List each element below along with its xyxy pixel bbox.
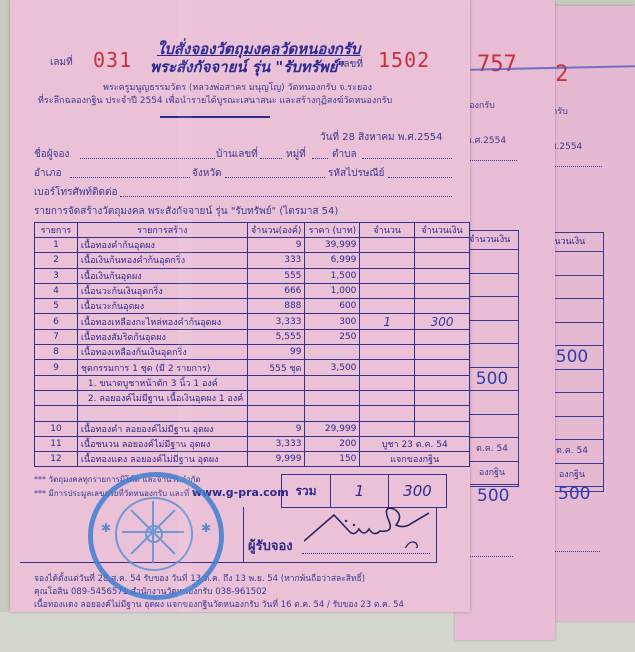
order-qty[interactable] bbox=[360, 406, 415, 421]
divider bbox=[160, 116, 270, 118]
order-sum[interactable] bbox=[415, 253, 470, 268]
col-item-no: รายการ bbox=[35, 223, 78, 238]
order-sum[interactable] bbox=[415, 406, 470, 421]
col-total-amount: จำนวนเงิน bbox=[415, 223, 470, 238]
table-row: 7เนื้อทองสัมริดก้นอุดผง5,555250 bbox=[35, 329, 470, 344]
item-qty: 666 bbox=[247, 283, 305, 298]
table-row: 2เนื้อเงินก้นทองคำก้นอุดกริ่ง3336,999 bbox=[35, 253, 470, 268]
order-qty[interactable] bbox=[360, 238, 415, 253]
item-qty: 888 bbox=[247, 299, 305, 314]
amphoe-label: อำเภอ bbox=[34, 166, 62, 181]
order-qty[interactable] bbox=[360, 268, 415, 283]
province-label: จังหวัด bbox=[192, 166, 221, 181]
table-row: 3เนื้อเงินก้นอุดผง5551,500 bbox=[35, 268, 470, 283]
date-note: ต.ค. 54 bbox=[466, 438, 518, 462]
temple-stamp-icon: ✱ ✱ bbox=[88, 472, 224, 600]
item-price bbox=[305, 345, 360, 360]
order-sum[interactable] bbox=[415, 268, 470, 283]
row bbox=[466, 250, 518, 274]
order-qty[interactable] bbox=[360, 360, 415, 375]
row bbox=[466, 344, 518, 368]
item-name: เนื้อทองคำก้นอุดผง bbox=[77, 238, 247, 253]
item-qty: 9 bbox=[247, 238, 305, 253]
name-label: ชื่อผู้จอง bbox=[34, 147, 69, 162]
item-qty bbox=[247, 390, 305, 405]
receipt-number: 757 bbox=[477, 52, 517, 77]
phone-label: เบอร์โทรศัพท์ติดต่อ bbox=[34, 185, 118, 200]
order-qty[interactable] bbox=[360, 345, 415, 360]
item-qty: 555 bbox=[247, 268, 305, 283]
receipt-label: เลขที่ bbox=[340, 57, 363, 72]
table-row: 6เนื้อทองเหลืองกะไหล่ทองคำก้นอุดผง3,3333… bbox=[35, 314, 470, 329]
order-qty[interactable] bbox=[360, 329, 415, 344]
col-item-name: รายการสร้าง bbox=[77, 223, 247, 238]
item-no: 12 bbox=[35, 452, 78, 467]
item-name: เนื้อนวะก้นเงินอุดกริ่ง bbox=[77, 283, 247, 298]
item-price: 1,000 bbox=[305, 283, 360, 298]
item-no bbox=[35, 375, 78, 390]
receiver-label: ผู้รับจอง bbox=[248, 535, 293, 556]
item-name: ชุดกรรมการ 1 ชุด (มี 2 รายการ) bbox=[77, 360, 247, 375]
column-header: จำนวนเงิน bbox=[466, 231, 518, 250]
table-row: 9ชุดกรรมการ 1 ชุด (มี 2 รายการ)555 ชุด3,… bbox=[35, 360, 470, 375]
name-field[interactable] bbox=[80, 158, 215, 159]
star-icon: ✱ bbox=[101, 521, 111, 535]
gift-note: แจกของกฐิน bbox=[360, 452, 470, 467]
item-price: 39,999 bbox=[305, 238, 360, 253]
item-price bbox=[305, 406, 360, 421]
order-qty[interactable] bbox=[360, 390, 415, 405]
item-price: 1,500 bbox=[305, 268, 360, 283]
item-qty: 3,333 bbox=[247, 436, 305, 451]
footer-gift: เนื้อทองแดง ลอยองค์ไม่มีฐาน อุดผง แจกของ… bbox=[34, 597, 404, 611]
order-sum[interactable] bbox=[415, 421, 470, 436]
item-price: 3,500 bbox=[305, 360, 360, 375]
table-row: 2. ลอยองค์ไม่มีฐาน เนื้อเงินอุดผง 1 องค์ bbox=[35, 390, 470, 405]
postcode-field[interactable] bbox=[388, 177, 452, 178]
amount-column: จำนวนเงิน 500 ต.ค. 54 องกฐิน bbox=[465, 230, 519, 487]
item-no: 5 bbox=[35, 299, 78, 314]
item-name: เนื้อทองสัมริดก้นอุดผง bbox=[77, 329, 247, 344]
pickup-note: บูชา 23 ต.ค. 54 bbox=[360, 436, 470, 451]
handwritten-total: 500 bbox=[558, 484, 590, 504]
receipt-number: 1502 bbox=[378, 48, 430, 72]
item-price: 29,999 bbox=[305, 421, 360, 436]
dharma-wheel-icon bbox=[115, 497, 193, 571]
row bbox=[466, 391, 518, 415]
star-icon: ✱ bbox=[201, 521, 211, 535]
signature-area: ผู้รับจอง bbox=[243, 507, 437, 563]
item-no: 9 bbox=[35, 360, 78, 375]
item-name: เนื้อทองคำ ลอยองค์ไม่มีฐาน อุดผง bbox=[77, 421, 247, 436]
item-name: เนื้อทองเหลืองก้นเงินอุดกริ่ง bbox=[77, 345, 247, 360]
province-field[interactable] bbox=[225, 177, 325, 178]
signature-line[interactable] bbox=[302, 553, 430, 554]
row bbox=[466, 274, 518, 298]
item-no: 2 bbox=[35, 253, 78, 268]
amulet-title: พระสังกัจจายน์ รุ่น "รับทรัพย์" bbox=[150, 55, 345, 79]
item-price bbox=[305, 375, 360, 390]
item-name: เนื้อเงินก้นทองคำก้นอุดกริ่ง bbox=[77, 253, 247, 268]
item-price: 150 bbox=[305, 452, 360, 467]
item-name: เนื้อทองแดง ลอยองค์ไม่มีฐาน อุดผง bbox=[77, 452, 247, 467]
item-price bbox=[305, 390, 360, 405]
order-sum[interactable] bbox=[415, 345, 470, 360]
item-price: 300 bbox=[305, 314, 360, 329]
order-qty[interactable] bbox=[360, 253, 415, 268]
item-no: 8 bbox=[35, 345, 78, 360]
table-header: รายการ รายการสร้าง จำนวน(องค์) ราคา (บาท… bbox=[35, 223, 470, 238]
order-qty[interactable] bbox=[360, 283, 415, 298]
table-row: 8เนื้อทองเหลืองก้นเงินอุดกริ่ง99 bbox=[35, 345, 470, 360]
divider bbox=[20, 562, 436, 563]
item-no: 10 bbox=[35, 421, 78, 436]
book-label: เลมที่ bbox=[50, 55, 73, 70]
gift-note: องกฐิน bbox=[466, 462, 518, 486]
item-no: 4 bbox=[35, 283, 78, 298]
item-name: 1. ขนาดบูชาหน้าตัก 3 นิ้ว 1 องค์ bbox=[77, 375, 247, 390]
row bbox=[466, 415, 518, 439]
item-qty: 333 bbox=[247, 253, 305, 268]
back-receipt-1: 757 หนองกรับ ม พ.ศ.2554 จำนวนเงิน 500 ต.… bbox=[455, 0, 555, 640]
table-row: 12เนื้อทองแดง ลอยองค์ไม่มีฐาน อุดผง9,999… bbox=[35, 452, 470, 467]
item-qty: 9,999 bbox=[247, 452, 305, 467]
item-name: เนื้อนวะก้นอุดผง bbox=[77, 299, 247, 314]
order-sum[interactable]: 300 bbox=[415, 314, 470, 329]
item-no bbox=[35, 406, 78, 421]
handwritten-total: 500 bbox=[477, 486, 509, 506]
order-qty[interactable]: 1 bbox=[360, 314, 415, 329]
item-name: เนื้อทองเหลืองกะไหล่ทองคำก้นอุดผง bbox=[77, 314, 247, 329]
house-label: บ้านเลขที่ bbox=[216, 147, 258, 162]
item-price: 6,999 bbox=[305, 253, 360, 268]
table-row: 1. ขนาดบูชาหน้าตัก 3 นิ้ว 1 องค์ bbox=[35, 375, 470, 390]
item-no: 11 bbox=[35, 436, 78, 451]
book-number: 031 bbox=[93, 48, 132, 72]
phone-field[interactable] bbox=[120, 196, 452, 197]
item-name: เนื้อชนวน ลอยองค์ไม่มีฐาน อุดผง bbox=[77, 436, 247, 451]
item-no bbox=[35, 390, 78, 405]
subtitle-monk: พระครูมนูญธรรมวัตร (หลวงพ่อสาคร มนุญโญ) … bbox=[103, 80, 372, 94]
moo-label: หมู่ที่ bbox=[286, 147, 306, 162]
item-name: 2. ลอยองค์ไม่มีฐาน เนื้อเงินอุดผง 1 องค์ bbox=[77, 390, 247, 405]
list-heading: รายการจัดสร้างวัตถุมงคล พระสังกัจจายน์ ร… bbox=[34, 204, 338, 219]
signature-icon bbox=[304, 503, 434, 548]
order-qty[interactable] bbox=[360, 421, 415, 436]
item-qty bbox=[247, 406, 305, 421]
table-row: 4เนื้อนวะก้นเงินอุดกริ่ง6661,000 bbox=[35, 283, 470, 298]
order-sum[interactable] bbox=[415, 375, 470, 390]
tambon-label: ตำบล bbox=[332, 147, 357, 162]
main-receipt: เลมที่ 031 ใบสั่งจองวัตถุมงคลวัดหนองกรับ… bbox=[10, 0, 470, 612]
table-row: 1เนื้อทองคำก้นอุดผง939,999 bbox=[35, 238, 470, 253]
item-qty: 9 bbox=[247, 421, 305, 436]
row bbox=[466, 297, 518, 321]
table-row: 5เนื้อนวะก้นอุดผง888600 bbox=[35, 299, 470, 314]
order-sum[interactable] bbox=[415, 390, 470, 405]
order-sum[interactable] bbox=[415, 238, 470, 253]
order-qty[interactable] bbox=[360, 299, 415, 314]
col-quantity-made: จำนวน(องค์) bbox=[247, 223, 305, 238]
item-qty: 99 bbox=[247, 345, 305, 360]
moo-field[interactable] bbox=[312, 158, 328, 159]
order-sum[interactable] bbox=[415, 299, 470, 314]
row bbox=[466, 321, 518, 345]
item-price: 600 bbox=[305, 299, 360, 314]
handwritten-amount: 500 bbox=[466, 368, 518, 392]
item-qty: 5,555 bbox=[247, 329, 305, 344]
item-price: 250 bbox=[305, 329, 360, 344]
item-no: 3 bbox=[35, 268, 78, 283]
table-row: 11เนื้อชนวน ลอยองค์ไม่มีฐาน อุดผง3,33320… bbox=[35, 436, 470, 451]
item-name bbox=[77, 406, 247, 421]
items-table: รายการ รายการสร้าง จำนวน(องค์) ราคา (บาท… bbox=[34, 222, 470, 467]
order-qty[interactable] bbox=[360, 375, 415, 390]
order-sum[interactable] bbox=[415, 360, 470, 375]
item-qty bbox=[247, 375, 305, 390]
house-field[interactable] bbox=[260, 158, 282, 159]
subtitle-purpose: ที่ระลึกฉลองกฐิน ประจำปี 2554 เพื่อนำราย… bbox=[38, 93, 392, 107]
date-line: วันที่ 28 สิงหาคม พ.ศ.2554 bbox=[320, 130, 443, 145]
item-no: 7 bbox=[35, 329, 78, 344]
order-sum[interactable] bbox=[415, 283, 470, 298]
item-price: 200 bbox=[305, 436, 360, 451]
amphoe-field[interactable] bbox=[70, 177, 190, 178]
col-price: ราคา (บาท) bbox=[305, 223, 360, 238]
col-order-qty: จำนวน bbox=[360, 223, 415, 238]
item-name: เนื้อเงินก้นอุดผง bbox=[77, 268, 247, 283]
order-sum[interactable] bbox=[415, 329, 470, 344]
tambon-field[interactable] bbox=[362, 158, 452, 159]
item-no: 1 bbox=[35, 238, 78, 253]
table-row: 10เนื้อทองคำ ลอยองค์ไม่มีฐาน อุดผง929,99… bbox=[35, 421, 470, 436]
table-row bbox=[35, 406, 470, 421]
item-no: 6 bbox=[35, 314, 78, 329]
item-qty: 3,333 bbox=[247, 314, 305, 329]
postcode-label: รหัสไปรษณีย์ bbox=[328, 166, 385, 181]
item-qty: 555 ชุด bbox=[247, 360, 305, 375]
